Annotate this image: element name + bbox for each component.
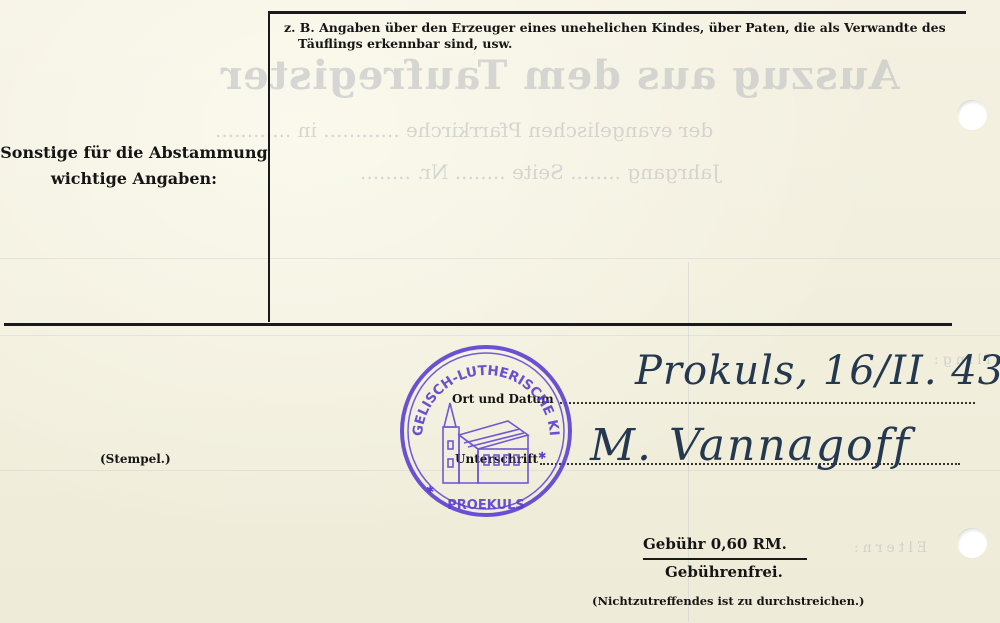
stamp-label: (Stempel.) (100, 452, 171, 466)
fee-free-label: Gebührenfrei. (665, 563, 783, 581)
document-paper (0, 0, 1000, 623)
place-date-line (560, 402, 975, 404)
bleed-through-rule (0, 258, 1000, 259)
punch-hole (957, 100, 987, 130)
fee-note: (Nichtzutreffendes ist zu durchstreichen… (592, 594, 864, 608)
bleed-through-rule (0, 335, 1000, 336)
stamp-ring-text: EVANGELISCH-LUTHERISCHE KIRCHE (398, 343, 562, 437)
hint-text: z. B. Angaben über den Erzeuger eines un… (284, 20, 964, 52)
svg-text:EVANGELISCH-LUTHERISCHE KIRCHE: EVANGELISCH-LUTHERISCHE KIRCHE (398, 343, 562, 437)
stamp-star-icon: ✱ (538, 451, 546, 462)
punch-hole (957, 528, 987, 558)
stamp-star-icon: ✱ (426, 485, 434, 496)
church-icon (443, 403, 528, 483)
stamp-bottom-text: PROEKULS (447, 498, 525, 513)
ancestry-label-line2: wichtige Angaben: (0, 166, 268, 192)
place-date-handwriting: Prokuls, 16/II. 43 (635, 348, 1000, 394)
table-column-divider (268, 11, 270, 322)
ancestry-label-line1: Sonstige für die Abstammung (0, 140, 268, 166)
table-top-rule (268, 11, 966, 14)
hint-text-line2: Täuflings erkennbar sind, usw. (284, 36, 964, 52)
hint-text-line1: z. B. Angaben über den Erzeuger eines un… (284, 20, 946, 35)
fee-label: Gebühr 0,60 RM. (643, 535, 787, 553)
church-stamp: EVANGELISCH-LUTHERISCHE KIRCHE PROEKULS … (398, 343, 574, 519)
table-bottom-rule (4, 323, 952, 326)
ancestry-info-label: Sonstige für die Abstammung wichtige Ang… (0, 140, 268, 192)
signature-handwriting: M. Vannagoff (590, 420, 911, 471)
fee-strike-line (643, 558, 807, 560)
